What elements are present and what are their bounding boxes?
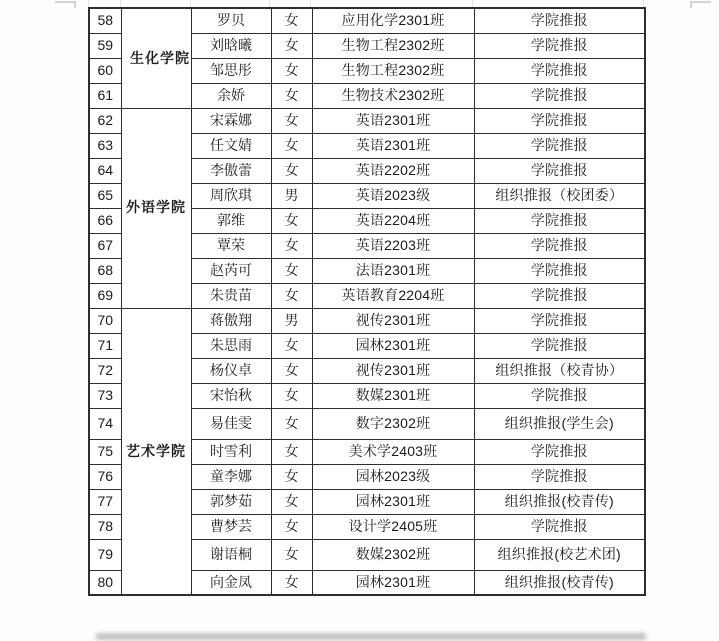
class-cell: 生物技术2302班 [312, 83, 474, 108]
student-name-cell: 刘晗曦 [191, 33, 271, 58]
row-number-cell: 67 [89, 233, 121, 258]
student-name-cell: 赵芮可 [191, 258, 271, 283]
faded-previous-row [88, 0, 644, 7]
student-name-cell: 李傲蕾 [191, 158, 271, 183]
class-cell: 园林2301班 [312, 570, 474, 595]
row-number-cell: 64 [89, 158, 121, 183]
student-name-cell: 童李娜 [191, 464, 271, 489]
class-cell: 设计学2405班 [312, 514, 474, 539]
recommendation-cell: 学院推报 [474, 8, 645, 33]
student-name-cell: 宋怡秋 [191, 383, 271, 408]
gender-cell: 女 [271, 133, 312, 158]
class-cell: 英语2023级 [312, 183, 474, 208]
student-name-cell: 时雪利 [191, 439, 271, 464]
student-name-cell: 曹梦芸 [191, 514, 271, 539]
gender-cell: 女 [271, 8, 312, 33]
gender-cell: 女 [271, 83, 312, 108]
class-cell: 园林2023级 [312, 464, 474, 489]
ghost-column-line [89, 0, 121, 7]
recommendation-cell: 学院推报 [474, 333, 645, 358]
gender-cell: 女 [271, 33, 312, 58]
class-cell: 数媒2301班 [312, 383, 474, 408]
student-name-cell: 郭梦茹 [191, 489, 271, 514]
row-number-cell: 66 [89, 208, 121, 233]
gender-cell: 女 [271, 383, 312, 408]
ghost-column-line [311, 0, 472, 7]
gender-cell: 女 [271, 439, 312, 464]
row-number-cell: 60 [89, 58, 121, 83]
table-row: 58生化学院罗贝女应用化学2301班学院推报 [89, 8, 645, 33]
college-cell: 艺术学院 [121, 308, 191, 595]
gender-cell: 女 [271, 539, 312, 570]
student-name-cell: 朱思雨 [191, 333, 271, 358]
recommendation-cell: 组织推报(校青传) [474, 489, 645, 514]
student-name-cell: 任文婧 [191, 133, 271, 158]
recommendation-cell: 学院推报 [474, 208, 645, 233]
class-cell: 园林2301班 [312, 489, 474, 514]
student-name-cell: 罗贝 [191, 8, 271, 33]
class-cell: 英语2301班 [312, 133, 474, 158]
gender-cell: 女 [271, 283, 312, 308]
class-cell: 园林2301班 [312, 333, 474, 358]
row-number-cell: 79 [89, 539, 121, 570]
student-name-cell: 邹思彤 [191, 58, 271, 83]
row-number-cell: 58 [89, 8, 121, 33]
gender-cell: 男 [271, 183, 312, 208]
class-cell: 视传2301班 [312, 358, 474, 383]
class-cell: 美术学2403班 [312, 439, 474, 464]
student-name-cell: 覃荣 [191, 233, 271, 258]
gender-cell: 女 [271, 233, 312, 258]
row-number-cell: 65 [89, 183, 121, 208]
row-number-cell: 68 [89, 258, 121, 283]
gender-cell: 女 [271, 489, 312, 514]
blurred-next-row [96, 633, 646, 640]
row-number-cell: 71 [89, 333, 121, 358]
class-cell: 英语2204班 [312, 208, 474, 233]
gender-cell: 女 [271, 108, 312, 133]
row-number-cell: 62 [89, 108, 121, 133]
student-name-cell: 易佳雯 [191, 408, 271, 439]
gender-cell: 女 [271, 333, 312, 358]
college-cell: 外语学院 [121, 108, 191, 308]
class-cell: 英语教育2204班 [312, 283, 474, 308]
ghost-column-line [473, 0, 643, 7]
row-number-cell: 80 [89, 570, 121, 595]
gender-cell: 女 [271, 358, 312, 383]
row-number-cell: 61 [89, 83, 121, 108]
ghost-column-line [270, 0, 311, 7]
student-name-cell: 谢语桐 [191, 539, 271, 570]
recommendation-cell: 学院推报 [474, 383, 645, 408]
class-cell: 英语2203班 [312, 233, 474, 258]
gender-cell: 女 [271, 570, 312, 595]
recommendation-cell: 组织推报(校艺术团) [474, 539, 645, 570]
college-cell: 生化学院 [121, 8, 191, 108]
college-label: 艺术学院 [124, 443, 189, 461]
student-name-cell: 杨仪卓 [191, 358, 271, 383]
row-number-cell: 76 [89, 464, 121, 489]
table-row: 70艺术学院蒋傲翔男视传2301班学院推报 [89, 308, 645, 333]
table-row: 62外语学院宋霖娜女英语2301班学院推报 [89, 108, 645, 133]
recommendation-cell: 学院推报 [474, 233, 645, 258]
gender-cell: 女 [271, 514, 312, 539]
class-cell: 英语2301班 [312, 108, 474, 133]
gender-cell: 女 [271, 464, 312, 489]
student-name-cell: 向金凤 [191, 570, 271, 595]
ghost-column-line [121, 0, 191, 7]
corner-bracket-right-icon [690, 1, 711, 8]
row-number-cell: 77 [89, 489, 121, 514]
row-number-cell: 59 [89, 33, 121, 58]
college-label: 生化学院 [130, 50, 182, 68]
class-cell: 数字2302班 [312, 408, 474, 439]
class-cell: 生物工程2302班 [312, 58, 474, 83]
recommendation-cell: 学院推报 [474, 133, 645, 158]
student-name-cell: 余娇 [191, 83, 271, 108]
class-cell: 数媒2302班 [312, 539, 474, 570]
class-cell: 视传2301班 [312, 308, 474, 333]
recommendation-cell: 学院推报 [474, 83, 645, 108]
row-number-cell: 78 [89, 514, 121, 539]
recommendation-cell: 学院推报 [474, 258, 645, 283]
recommendation-cell: 学院推报 [474, 514, 645, 539]
row-number-cell: 72 [89, 358, 121, 383]
gender-cell: 女 [271, 208, 312, 233]
row-number-cell: 63 [89, 133, 121, 158]
recommendation-cell: 学院推报 [474, 308, 645, 333]
row-number-cell: 69 [89, 283, 121, 308]
recommendation-cell: 组织推报（校青协） [474, 358, 645, 383]
recommendation-cell: 学院推报 [474, 108, 645, 133]
gender-cell: 女 [271, 58, 312, 83]
document-photo: 58生化学院罗贝女应用化学2301班学院推报59刘晗曦女生物工程2302班学院推… [0, 0, 719, 641]
gender-cell: 女 [271, 258, 312, 283]
gender-cell: 男 [271, 308, 312, 333]
recommendation-cell: 组织推报（校团委） [474, 183, 645, 208]
student-name-cell: 蒋傲翔 [191, 308, 271, 333]
recommendation-cell: 学院推报 [474, 58, 645, 83]
recommendation-cell: 学院推报 [474, 464, 645, 489]
class-cell: 生物工程2302班 [312, 33, 474, 58]
row-number-cell: 75 [89, 439, 121, 464]
class-cell: 英语2202班 [312, 158, 474, 183]
college-label: 外语学院 [124, 199, 189, 217]
student-name-cell: 郭维 [191, 208, 271, 233]
student-roster-table: 58生化学院罗贝女应用化学2301班学院推报59刘晗曦女生物工程2302班学院推… [88, 7, 646, 596]
row-number-cell: 73 [89, 383, 121, 408]
recommendation-cell: 学院推报 [474, 283, 645, 308]
gender-cell: 女 [271, 408, 312, 439]
gender-cell: 女 [271, 158, 312, 183]
student-name-cell: 周欣琪 [191, 183, 271, 208]
corner-bracket-left-icon [55, 1, 76, 8]
student-name-cell: 宋霖娜 [191, 108, 271, 133]
student-name-cell: 朱贵苗 [191, 283, 271, 308]
row-number-cell: 70 [89, 308, 121, 333]
class-cell: 应用化学2301班 [312, 8, 474, 33]
recommendation-cell: 组织推报(学生会) [474, 408, 645, 439]
row-number-cell: 74 [89, 408, 121, 439]
ghost-column-line [191, 0, 271, 7]
recommendation-cell: 组织推报(校青传) [474, 570, 645, 595]
recommendation-cell: 学院推报 [474, 33, 645, 58]
class-cell: 法语2301班 [312, 258, 474, 283]
recommendation-cell: 学院推报 [474, 158, 645, 183]
recommendation-cell: 学院推报 [474, 439, 645, 464]
